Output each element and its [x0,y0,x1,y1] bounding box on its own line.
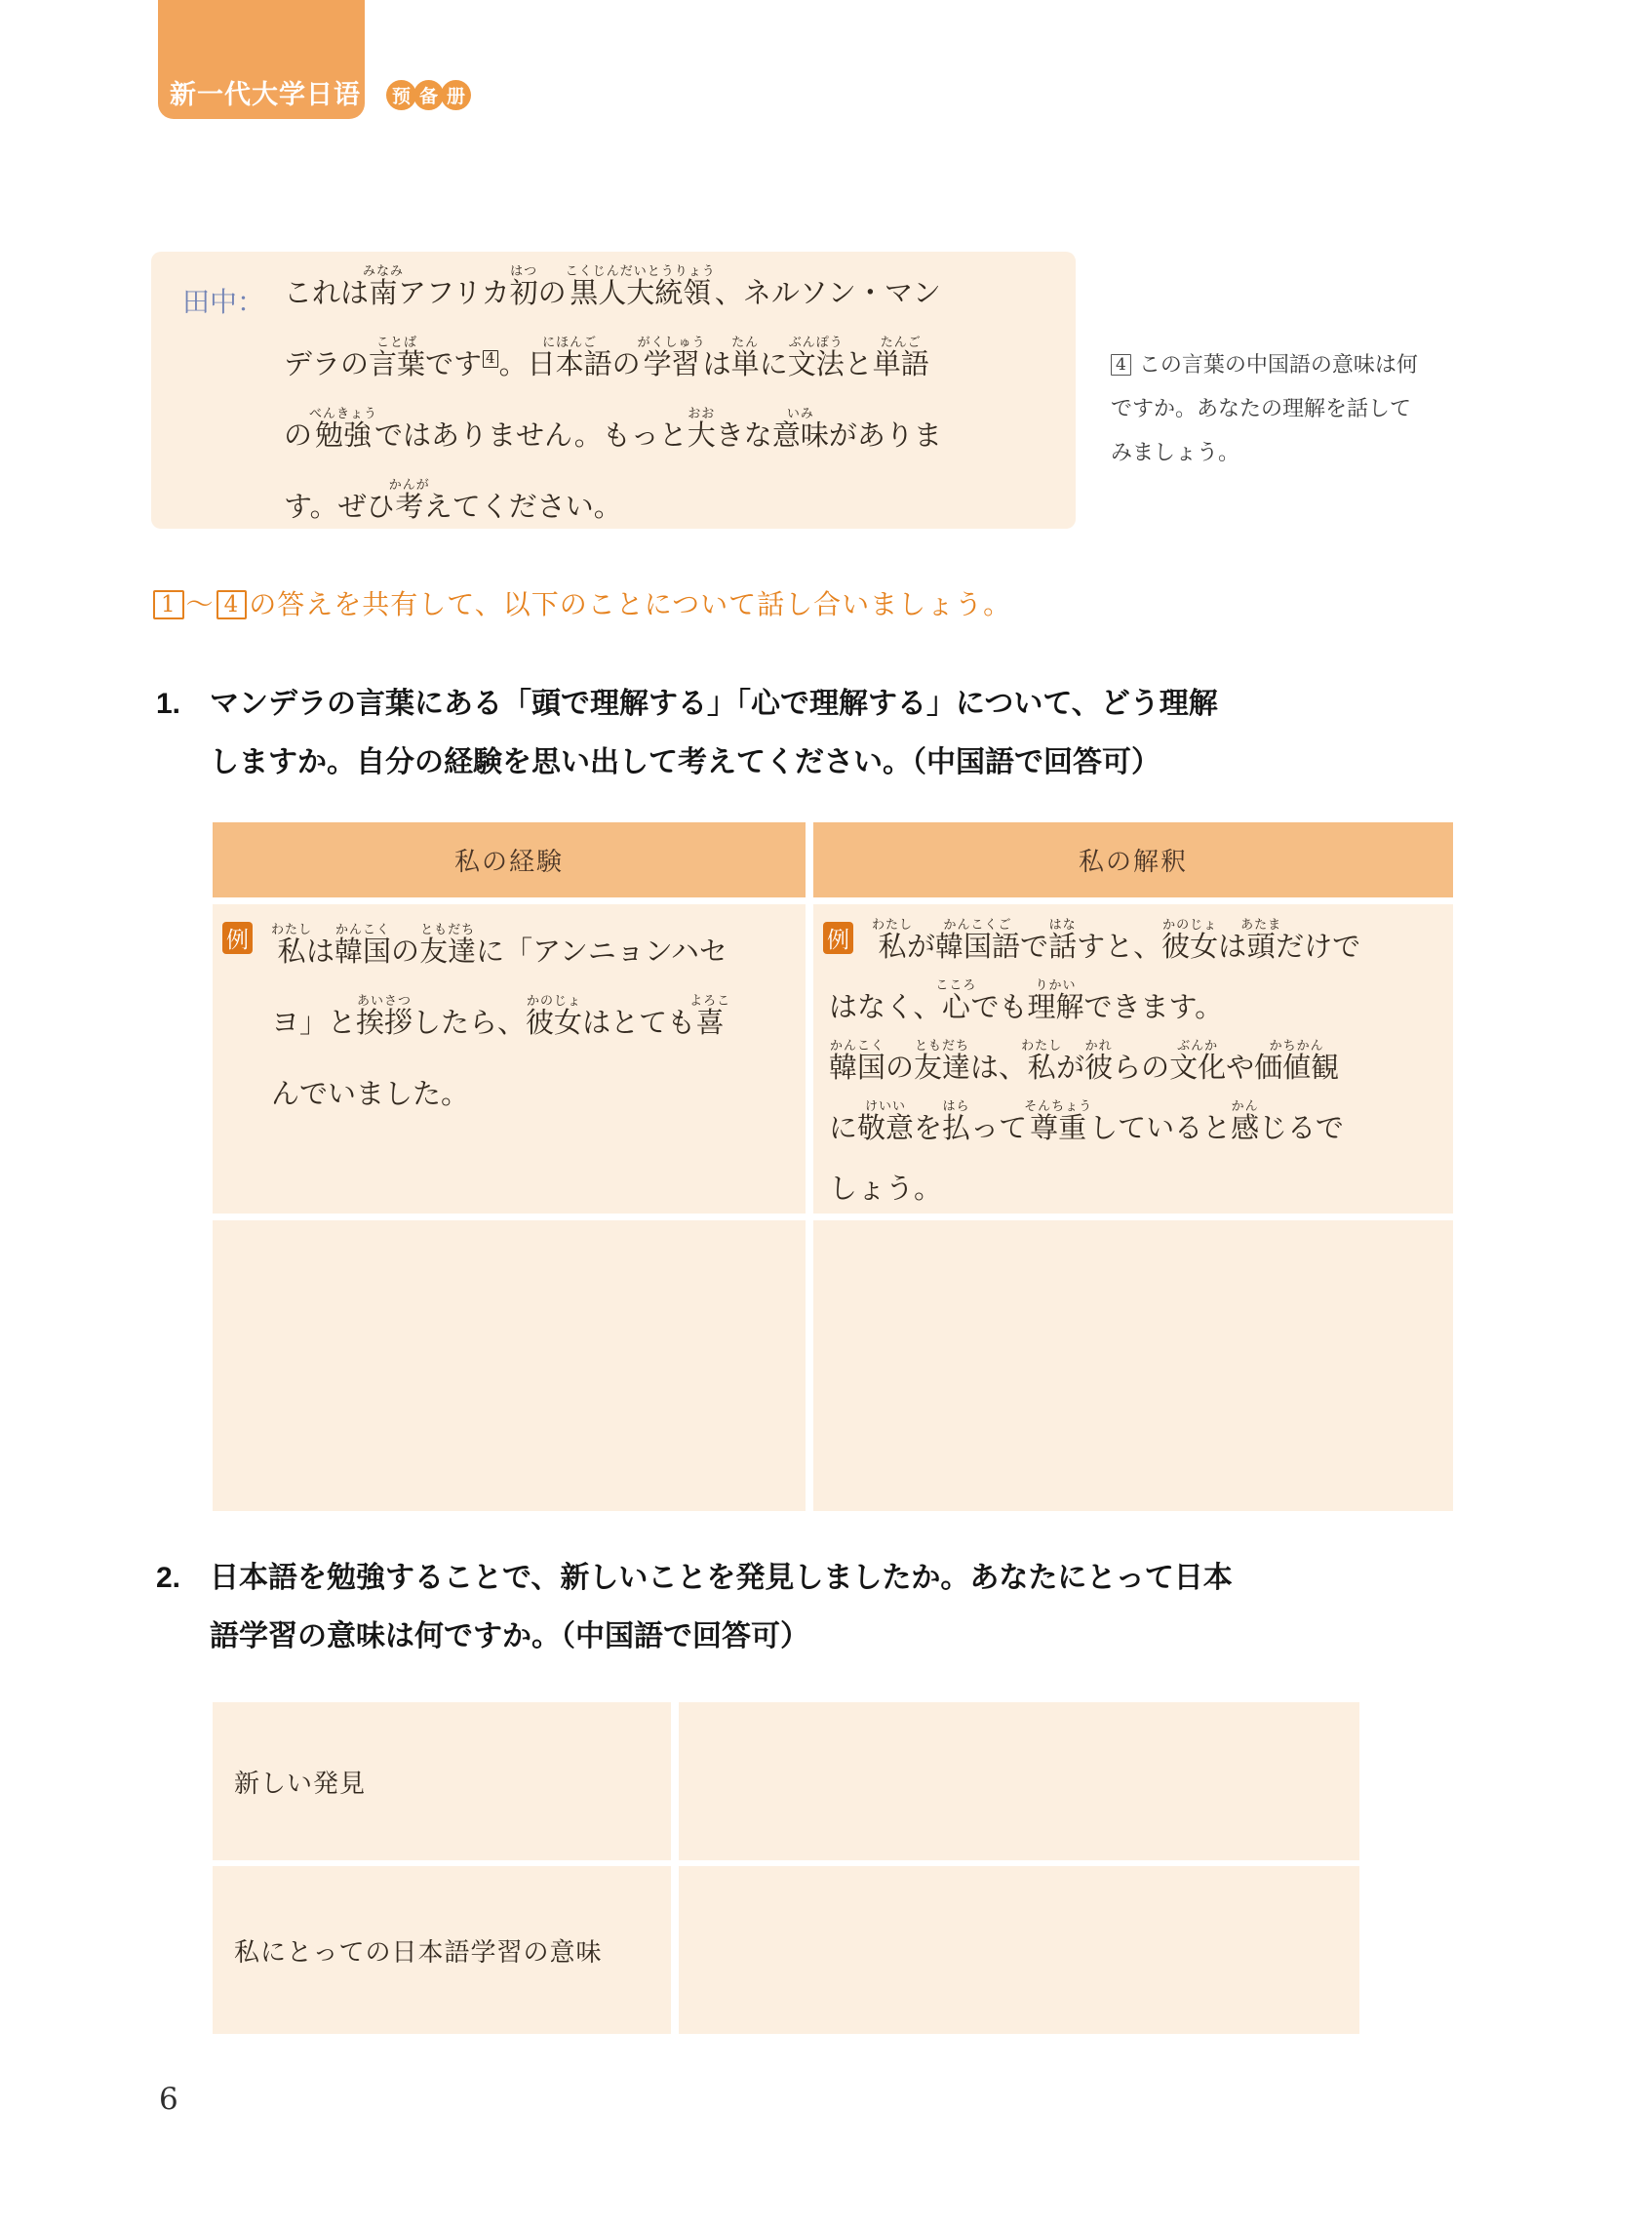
note-line-2: ですか。あなたの理解を話して [1111,397,1411,421]
question-1-line-1: マンデラの言葉にある「頭で理解する」「心で理解する」について、どう理解 [210,675,1541,734]
table2-row1-answer-cell[interactable] [679,1702,1359,1860]
question-2-number: 2. [156,1549,180,1608]
note-number-box: 4 [1111,354,1131,376]
series-title: 新一代大学日语 [170,73,353,111]
table2-row2-answer-cell[interactable] [679,1866,1359,2034]
boxed-number-4: 4 [216,590,248,619]
note-line-3: みましょう。 [1111,441,1239,465]
question-2-line-2: 語学習の意味は何ですか。（中国語で回答可） [210,1608,1541,1666]
boxed-number-1: 1 [153,590,184,619]
table1-example-experience-cell: 例 私わたしは韓国かんこくの友達ともだちに「アンニョンハセヨ」と挨拶あいさつした… [213,904,806,1214]
table1-header-experience: 私の経験 [213,822,806,897]
table1-example-interpretation-cell: 例 私わたしが韓国語かんこくごで話はなすと、彼女かのじょは頭あたまだけではなく、… [813,904,1453,1214]
tilde: ～ [186,588,215,620]
example-badge: 例 [823,922,853,954]
question-2: 2. 日本語を勉強することで、新しいことを発見しましたか。あなたにとって日本 語… [156,1549,1541,1666]
experience-table: 私の経験 私の解釈 例 私わたしは韓国かんこくの友達ともだちに「アンニョンハセヨ… [213,822,1453,1511]
table1-answer-experience-cell[interactable] [213,1220,806,1511]
question-1-line-2: しますか。自分の経験を思い出して考えてください。（中国語で回答可） [210,734,1541,792]
volume-badge: 预 备 册 [386,80,471,110]
textbook-page: 新一代大学日语 预 备 册 田中： これは南みなみアフリカ初はつの黒人大統領こく… [0,0,1652,2229]
instruction-text: の答えを共有して、以下のことについて話し合いましょう。 [249,588,1011,620]
question-2-line-1: 日本語を勉強することで、新しいことを発見しましたか。あなたにとって日本 [210,1549,1541,1608]
example-badge: 例 [222,922,253,954]
discussion-instruction: 1～4の答えを共有して、以下のことについて話し合いましょう。 [151,583,1011,622]
meaning-table: 新しい発見 私にとっての日本語学習の意味 [213,1702,1359,2034]
example-experience-text: 私わたしは韓国かんこくの友達ともだちに「アンニョンハセヨ」と挨拶あいさつしたら、… [271,916,792,1130]
question-1: 1. マンデラの言葉にある「頭で理解する」「心で理解する」について、どう理解 し… [156,675,1541,792]
table2-row1-label: 新しい発見 [213,1702,671,1860]
note-line-1: この言葉の中国語の意味は何 [1139,353,1418,378]
table1-answer-interpretation-cell[interactable] [813,1220,1453,1511]
margin-note: 4この言葉の中国語の意味は何 ですか。あなたの理解を話して みましょう。 [1111,343,1559,475]
speaker-label: 田中： [182,281,264,320]
table1-header-interpretation: 私の解釈 [813,822,1453,897]
example-interpretation-text: 私わたしが韓国語かんこくごで話はなすと、彼女かのじょは頭あたまだけではなく、心こ… [829,916,1443,1218]
volume-badge-char: 备 [413,80,444,110]
table2-row2-label: 私にとっての日本語学習の意味 [213,1866,671,2034]
volume-badge-char: 册 [441,80,471,110]
question-1-number: 1. [156,675,180,734]
dialogue-text: これは南みなみアフリカ初はつの黒人大統領こくじんだいとうりょう、ネルソン・マンデ… [284,258,942,542]
page-number: 6 [159,2082,178,2117]
volume-badge-char: 预 [386,80,416,110]
brand-box: 新一代大学日语 [158,0,365,119]
dialogue-box: 田中： これは南みなみアフリカ初はつの黒人大統領こくじんだいとうりょう、ネルソン… [151,252,1076,529]
